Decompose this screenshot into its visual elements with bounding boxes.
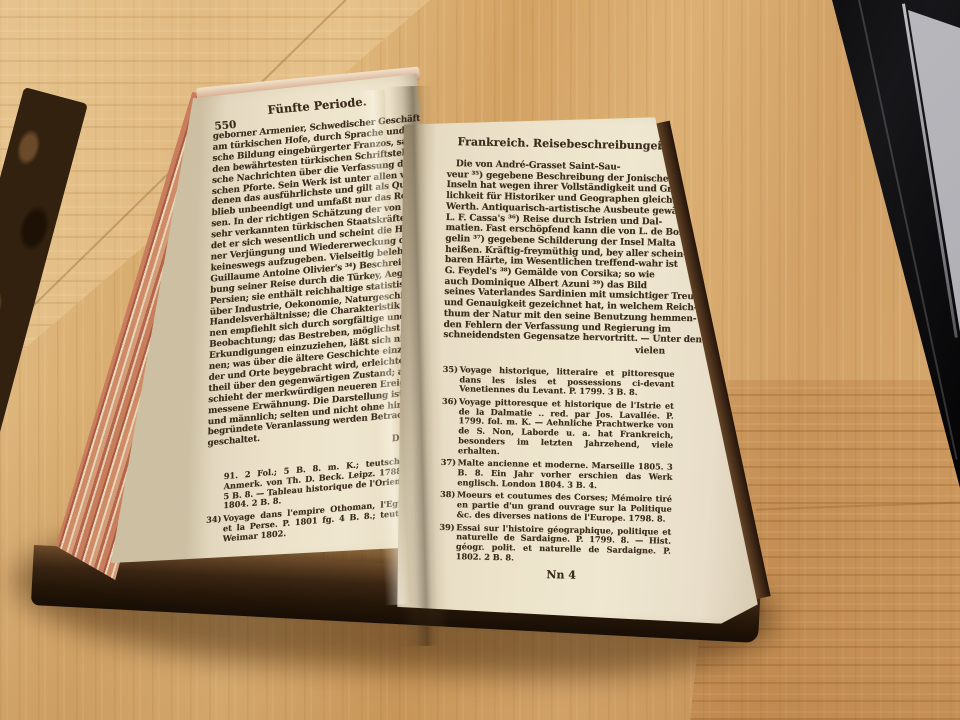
footnote-number: 36): [441, 397, 459, 456]
left-page-body-text: geborner Armenier, Schwedischer Geschäft…: [207, 113, 424, 449]
footnote-text: Moeurs et coutumes des Corses; Mémoire t…: [456, 491, 672, 525]
footnote-text: Voyage historique, litteraire et pittore…: [459, 365, 675, 399]
footnote-text: Voyage pittoresque et historique de l'Is…: [458, 397, 674, 460]
footnote-number: [206, 472, 224, 513]
footnote: 35) Voyage historique, litteraire et pit…: [442, 365, 675, 399]
footnote-text: Malte ancienne et moderne. Marseille 180…: [457, 458, 673, 492]
right-page-running-title: Frankreich. Reisebeschreibungen.: [457, 135, 669, 152]
footnote-number: 38): [439, 490, 457, 519]
right-page-header: Frankreich. Reisebeschreibungen. 551: [447, 135, 679, 153]
signature-mark: Nn 4: [438, 566, 670, 584]
footnote-number: 34): [206, 514, 223, 545]
right-page-footnotes: 35) Voyage historique, litteraire et pit…: [439, 365, 675, 566]
right-page-body-text: Die von André-Grasset Saint-Sau- veur ³⁵…: [443, 159, 679, 346]
footnote-number: 39): [439, 522, 457, 561]
left-page-footnotes: 91. 2 Fol.; 5 B. 8. m. K.; teutsch m. An…: [206, 455, 418, 545]
footnote: 39) Essai sur l'histoire géographique, p…: [439, 522, 672, 566]
footnote: 36) Voyage pittoresque et historique de …: [441, 397, 674, 460]
photo-scene: Fünfte Periode. 550 geborner Armenier, S…: [0, 0, 960, 720]
footnote-number: 35): [442, 365, 460, 394]
footnote: 38) Moeurs et coutumes des Corses; Mémoi…: [439, 490, 672, 524]
footnote: 37) Malte ancienne et moderne. Marseille…: [440, 458, 673, 492]
footnote-text: Essai sur l'histoire géographique, polit…: [456, 523, 672, 566]
footnote-number: 37): [440, 458, 458, 487]
